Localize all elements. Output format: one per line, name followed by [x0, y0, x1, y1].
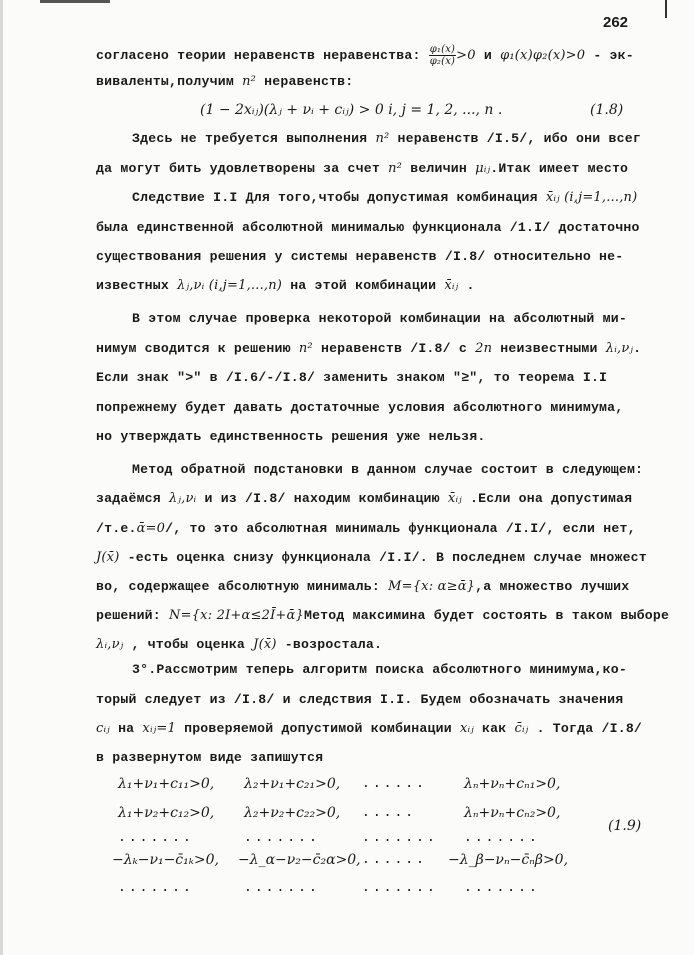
equation-number: (1.8): [590, 102, 623, 118]
text-line: /т.е.ᾱ=0/, то это абсолютная минималь фу…: [96, 521, 636, 536]
text-line: решений: N={x: 2I+α≤2Ī+ᾱ}Метод максимина…: [96, 608, 669, 623]
text-line: существования решения у системы неравенс…: [96, 249, 623, 264]
scan-edge: [0, 0, 3, 955]
text-line: cᵢⱼ на xᵢⱼ=1 проверяемой допустимой комб…: [96, 721, 642, 736]
text-line: виваленты,получим n² неравенств:: [96, 74, 353, 89]
text-line: Здесь не требуется выполнения n² неравен…: [132, 131, 641, 146]
text-line: в развернутом виде запишутся: [96, 750, 323, 765]
text-line: была единственной абсолютной минималью ф…: [96, 220, 640, 235]
scan-mark: [665, 0, 667, 18]
section-line: 3°.Рассмотрим теперь алгоритм поиска абс…: [132, 662, 627, 677]
text-line: λᵢ,νⱼ , чтобы оценка J(x̄) -возростала.: [96, 637, 382, 652]
text-line: во, содержащее абсолютную минималь: M={x…: [96, 579, 629, 594]
text-line: согласено теории неравенств неравенства:…: [96, 44, 634, 67]
page-number: 262: [603, 14, 628, 31]
text-line: В этом случае проверка некоторой комбина…: [132, 311, 627, 326]
text-line: Если знак ">" в /I.6/-/I.8/ заменить зна…: [96, 370, 607, 385]
equation-1-8: (1 − 2xᵢⱼ)(λⱼ + νᵢ + cᵢⱼ) > 0 i, j = 1, …: [200, 102, 502, 118]
text-line: Метод обратной подстановки в данном случ…: [132, 462, 643, 477]
document-page: 262 согласено теории неравенств неравенс…: [0, 0, 694, 955]
text-line: но утверждать единственность решения уже…: [96, 429, 485, 444]
text-line: известных λⱼ,νᵢ (i,j=1,...,n) на этой ко…: [96, 278, 475, 293]
text-line: J(x̄) -есть оценка снизу функционала /I.…: [96, 550, 647, 565]
text-line: задаёмся λⱼ,νᵢ и из /I.8/ находим комбин…: [96, 491, 632, 506]
corollary-line: Следствие I.I Для того,чтобы допустимая …: [132, 190, 637, 205]
fraction: φ₁(x)φ₂(x): [429, 44, 456, 67]
equation-number: (1.9): [608, 818, 641, 834]
scan-mark: [40, 0, 110, 3]
text-line: торый следует из /I.8/ и следствия I.I. …: [96, 692, 623, 707]
text-line: да могут бить удовлетворены за счет n² в…: [96, 161, 628, 176]
text-line: попрежнему будет давать достаточные усло…: [96, 400, 623, 415]
text-line: нимум сводится к решению n² неравенств /…: [96, 341, 641, 356]
